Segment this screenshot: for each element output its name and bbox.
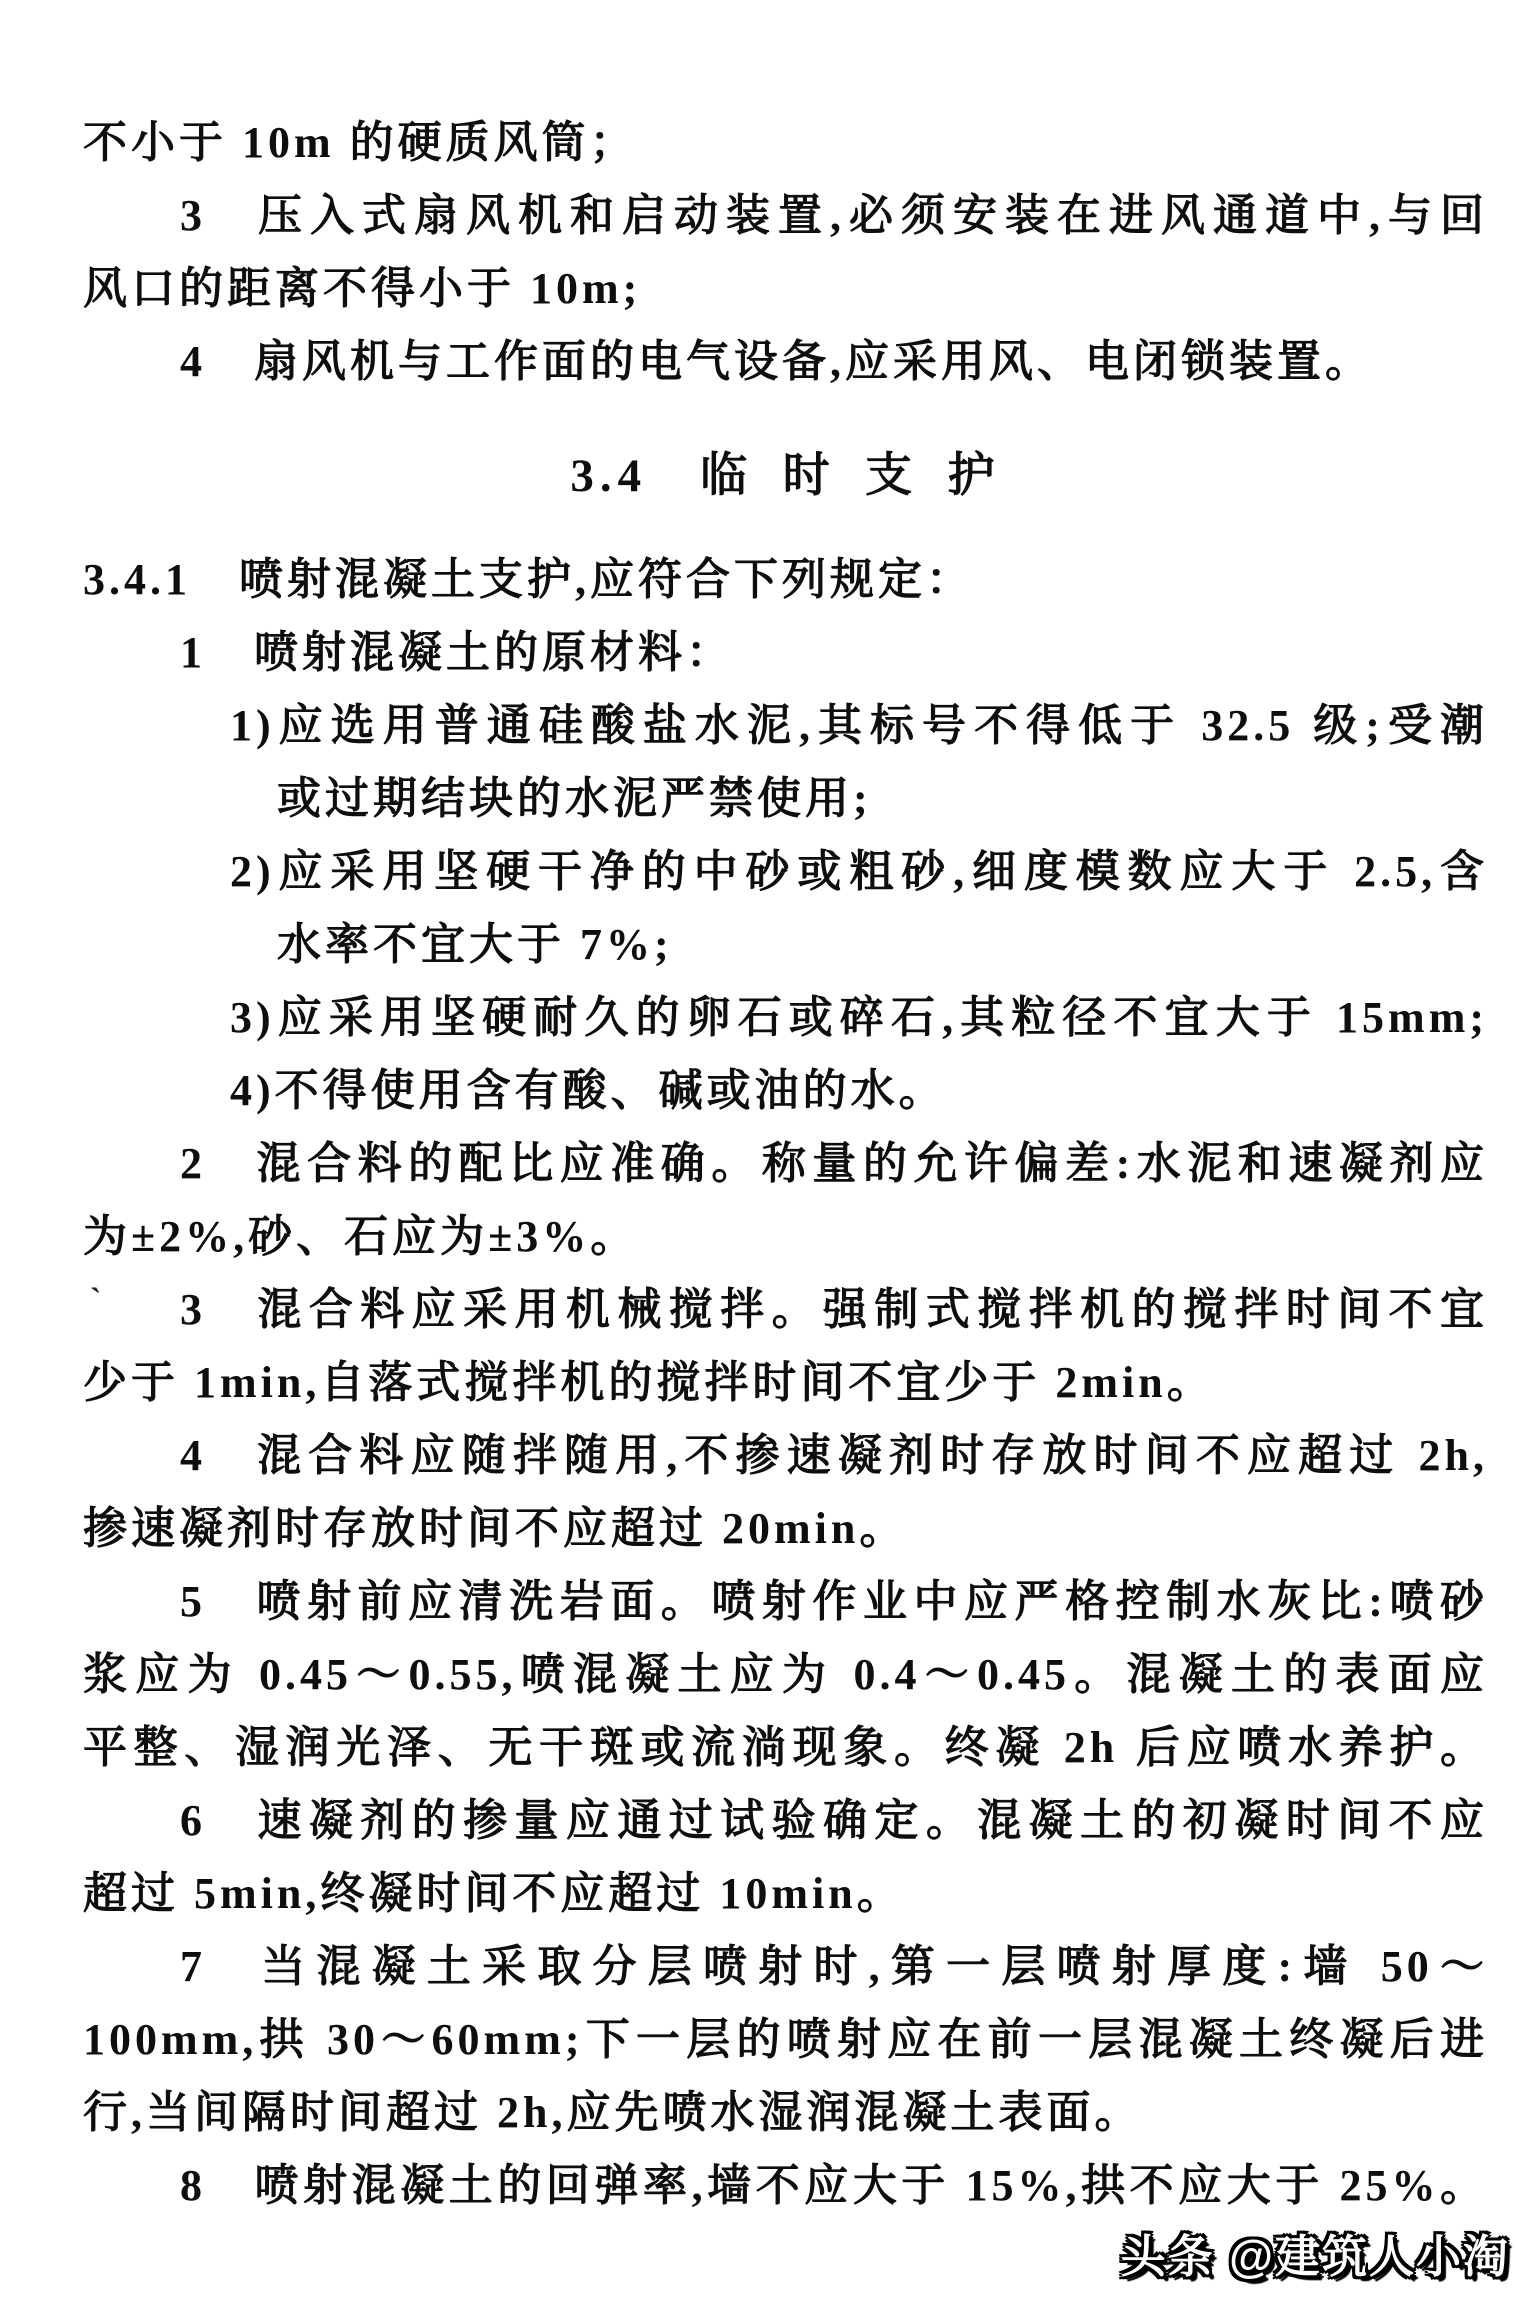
text-line-24: 超过 5min,终凝时间不应超过 10min。	[83, 1857, 1488, 1930]
text-line-23: 6 速凝剂的掺量应通过试验确定。混凝土的初凝时间不应	[83, 1784, 1488, 1857]
document-page: 不小于 10m 的硬质风筒；3 压入式扇风机和启动装置,必须安装在进风通道中,与…	[0, 0, 1516, 2300]
text-line-1: 不小于 10m 的硬质风筒；	[83, 106, 1488, 179]
text-line-10: 2)应采用坚硬干净的中砂或粗砂,细度模数应大于 2.5,含	[83, 835, 1488, 908]
text-line-2: 3 压入式扇风机和启动装置,必须安装在进风通道中,与回	[83, 179, 1488, 252]
text-line-12: 3)应采用坚硬耐久的卵石或碎石,其粒径不宜大于 15mm;	[83, 981, 1488, 1054]
text-line-8: 1)应选用普通硅酸盐水泥,其标号不得低于 32.5 级;受潮	[83, 689, 1488, 762]
text-line-25: 7 当混凝土采取分层喷射时,第一层喷射厚度:墙 50～	[83, 1930, 1488, 2003]
text-line-28: 8 喷射混凝土的回弹率,墙不应大于 15%,拱不应大于 25%。	[83, 2149, 1488, 2222]
document-body: 不小于 10m 的硬质风筒；3 压入式扇风机和启动装置,必须安装在进风通道中,与…	[0, 0, 1516, 2222]
text-line-22: 平整、湿润光泽、无干斑或流淌现象。终凝 2h 后应喷水养护。	[83, 1711, 1488, 1784]
text-line-27: 行,当间隔时间超过 2h,应先喷水湿润混凝土表面。	[83, 2076, 1488, 2149]
watermark: 头条 @建筑人小淘	[1121, 2220, 1510, 2285]
text-line-16: 3 混合料应采用机械搅拌。强制式搅拌机的搅拌时间不宜	[83, 1273, 1488, 1346]
text-line-14: 2 混合料的配比应准确。称量的允许偏差:水泥和速凝剂应	[83, 1127, 1488, 1200]
text-line-3: 风口的距离不得小于 10m;	[83, 252, 1488, 325]
text-line-19: 掺速凝剂时存放时间不应超过 20min。	[83, 1492, 1488, 1565]
section-heading: 3.4 临 时 支 护	[83, 440, 1488, 513]
text-line-9: 或过期结块的水泥严禁使用;	[83, 762, 1488, 835]
text-line-21: 浆应为 0.45～0.55,喷混凝土应为 0.4～0.45。混凝土的表面应	[83, 1638, 1488, 1711]
text-line-15: 为±2%,砂、石应为±3%。	[83, 1200, 1488, 1273]
text-line-11: 水率不宜大于 7%;	[83, 908, 1488, 981]
text-line-26: 100mm,拱 30～60mm;下一层的喷射应在前一层混凝土终凝后进	[83, 2003, 1488, 2076]
text-line-4: 4 扇风机与工作面的电气设备,应采用风、电闭锁装置。	[83, 325, 1488, 398]
text-line-7: 1 喷射混凝土的原材料：	[83, 616, 1488, 689]
text-line-20: 5 喷射前应清洗岩面。喷射作业中应严格控制水灰比:喷砂	[83, 1565, 1488, 1638]
stray-mark: `	[90, 1282, 101, 1320]
text-line-17: 少于 1min,自落式搅拌机的搅拌时间不宜少于 2min。	[83, 1346, 1488, 1419]
text-line-18: 4 混合料应随拌随用,不掺速凝剂时存放时间不应超过 2h,	[83, 1419, 1488, 1492]
text-line-13: 4)不得使用含有酸、碱或油的水。	[83, 1054, 1488, 1127]
text-line-6: 3.4.1 喷射混凝土支护,应符合下列规定：	[83, 543, 1488, 616]
